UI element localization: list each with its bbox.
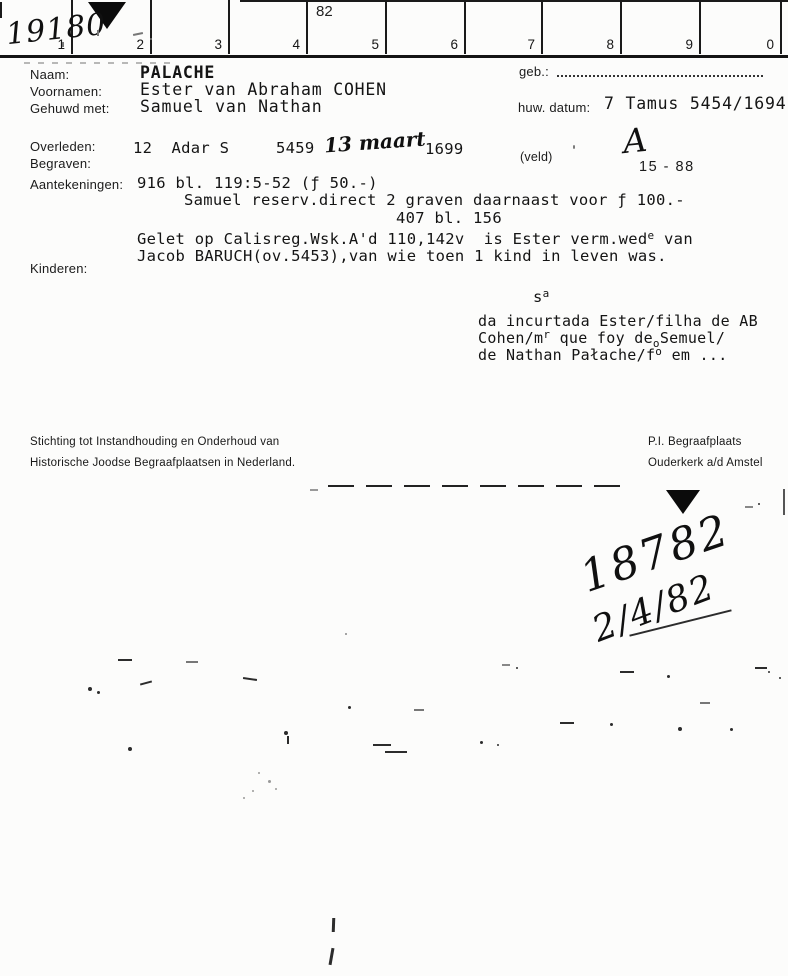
field-label-aantekeningen: Aantekeningen:: [30, 177, 123, 192]
scan-speck: [268, 780, 271, 783]
field-label-naam: Naam:: [30, 67, 69, 82]
footer-org-line1: Stichting tot Instandhouding en Onderhou…: [30, 436, 279, 448]
pen-stroke-mark: [332, 918, 335, 932]
burial-registry-card-scan: 1 2 3 4 5 6 7 8 9 0 82 19180 Naam: Voorn…: [0, 0, 788, 976]
scan-speck: [252, 790, 254, 792]
ruler-cell-number: 6: [450, 37, 458, 52]
scan-speck: [385, 751, 407, 753]
scan-speck: [560, 722, 574, 724]
footer-cemetery-line1: P.I. Begraafplaats: [648, 436, 742, 448]
scan-speck: [758, 503, 760, 505]
scan-speck: [497, 744, 499, 746]
handwritten-veld-letter: A: [621, 120, 649, 161]
portuguese-sup: r: [543, 328, 550, 341]
ruler-cell-number: 8: [606, 37, 614, 52]
portuguese-line: de Nathan Pałache/fo em ...: [478, 346, 728, 364]
scan-speck: [140, 680, 152, 685]
scan-speck: [150, 38, 152, 40]
scan-speck: [275, 788, 277, 790]
ruler-cell: 3: [152, 0, 230, 54]
registration-triangle-icon: [666, 490, 700, 514]
card-top-rule: [0, 55, 788, 58]
field-label-huw-datum: huw. datum:: [518, 100, 590, 115]
field-label-geb: geb.:: [519, 64, 549, 79]
overleden-year: 1699: [425, 140, 464, 158]
scan-speck: [287, 736, 289, 744]
field-label-begraven: Begraven:: [30, 156, 91, 171]
note-line: 407 bl. 156: [396, 209, 502, 227]
scan-speck: [730, 728, 733, 731]
ruler-cell-number: 3: [214, 37, 222, 52]
portuguese-heading-base: s: [533, 288, 543, 306]
portuguese-text: Semuel/: [660, 329, 725, 347]
footer-org-line2: Historische Joodse Begraafplaatsen in Ne…: [30, 457, 295, 469]
portuguese-text: de Nathan Pałache/f: [478, 346, 655, 364]
year-note: 82: [316, 3, 333, 20]
scan-speck: [62, 42, 64, 47]
field-label-voornamen: Voornamen:: [30, 84, 102, 99]
scan-speck: [768, 671, 770, 673]
scan-speck: [373, 744, 391, 746]
scan-speck: [186, 661, 198, 663]
note-line: Jacob BARUCH(ov.5453),van wie toen 1 kin…: [137, 247, 667, 265]
veld-grave-location: 15 - 88: [639, 159, 695, 175]
ruler-cell: 8: [543, 0, 622, 54]
portuguese-sup: o: [655, 345, 662, 358]
lower-scan-edge-line: [328, 485, 625, 487]
scan-speck: [128, 747, 132, 751]
ruler-cell: 6: [387, 0, 466, 54]
scan-speck: [516, 667, 518, 669]
scan-speck: [480, 741, 483, 744]
scan-speck: [243, 677, 257, 681]
portuguese-line: da incurtada Ester/filha de AB: [478, 312, 758, 330]
ruler-cell-number: 0: [766, 37, 774, 52]
scan-speck: [573, 145, 575, 149]
ruler-cell: 0: [701, 0, 782, 54]
ruler-cell: 7: [466, 0, 543, 54]
portuguese-text: Cohen/m: [478, 329, 543, 347]
ruler-cell: 4: [230, 0, 308, 54]
scan-speck: [779, 677, 781, 679]
scan-edge-mark: [783, 489, 785, 515]
scan-speck: [97, 691, 100, 694]
geb-dotted-line: [557, 64, 763, 77]
footer-cemetery-line2: Ouderkerk a/d Amstel: [648, 457, 763, 469]
portuguese-text: em ...: [662, 346, 727, 364]
note-line: Gelet op Calisreg.Wsk.A'd 110,142v is Es…: [137, 230, 693, 248]
note-line: Samuel reserv.direct 2 graven daarnaast …: [184, 191, 685, 209]
portuguese-heading-sup: a: [543, 287, 550, 300]
scan-speck: [118, 659, 132, 661]
scan-speck: [88, 687, 92, 691]
ruler-cell-number: 7: [527, 37, 535, 52]
scan-speck: [667, 675, 670, 678]
ruler-cell-number: 5: [371, 37, 379, 52]
portuguese-text: que foy de: [550, 329, 653, 347]
ruler-cell-number: 2: [136, 37, 144, 52]
overleden-date-hebrew: 12 Adar S: [133, 139, 229, 157]
field-value-huw-datum: 7 Tamus 5454/1694: [604, 94, 786, 113]
scan-speck: [258, 772, 260, 774]
field-label-overleden: Overleden:: [30, 139, 96, 154]
scan-speck: [310, 489, 318, 491]
field-label-gehuwd-met: Gehuwd met:: [30, 101, 110, 116]
scan-speck: [414, 709, 424, 711]
note-line-tail: van: [654, 230, 693, 248]
scan-speck: [745, 506, 753, 508]
scan-speck: [620, 671, 634, 673]
ruler-cell: 9: [622, 0, 701, 54]
scan-speck: [243, 797, 245, 799]
scan-speck: [345, 633, 347, 635]
pen-stroke-mark: [329, 948, 335, 965]
scan-speck: [284, 731, 288, 735]
note-line: 916 bl. 119:5-52 (ƒ 50.-): [137, 174, 378, 192]
field-label-veld: (veld): [520, 150, 552, 164]
portuguese-line: Cohen/mr que foy deoSemuel/: [478, 329, 725, 347]
field-value-gehuwd-met: Samuel van Nathan: [140, 97, 322, 116]
scan-speck: [700, 702, 710, 704]
scan-speck: [348, 706, 351, 709]
field-label-kinderen: Kinderen:: [30, 261, 87, 276]
handwritten-overleden-date: 13 maart: [323, 126, 426, 157]
scan-speck: [755, 667, 767, 669]
overleden-year-hebrew: 5459: [276, 139, 315, 157]
ruler-cell-number: 9: [685, 37, 693, 52]
note-line-text: Gelet op Calisreg.Wsk.A'd 110,142v is Es…: [137, 230, 647, 248]
portuguese-heading: sa: [533, 288, 550, 306]
scan-speck: [610, 723, 613, 726]
scan-speck: [97, 30, 99, 36]
ruler-cell-number: 4: [292, 37, 300, 52]
scan-speck: [678, 727, 682, 731]
scan-speck: [502, 664, 510, 666]
note-line-superscript: e: [647, 229, 654, 242]
